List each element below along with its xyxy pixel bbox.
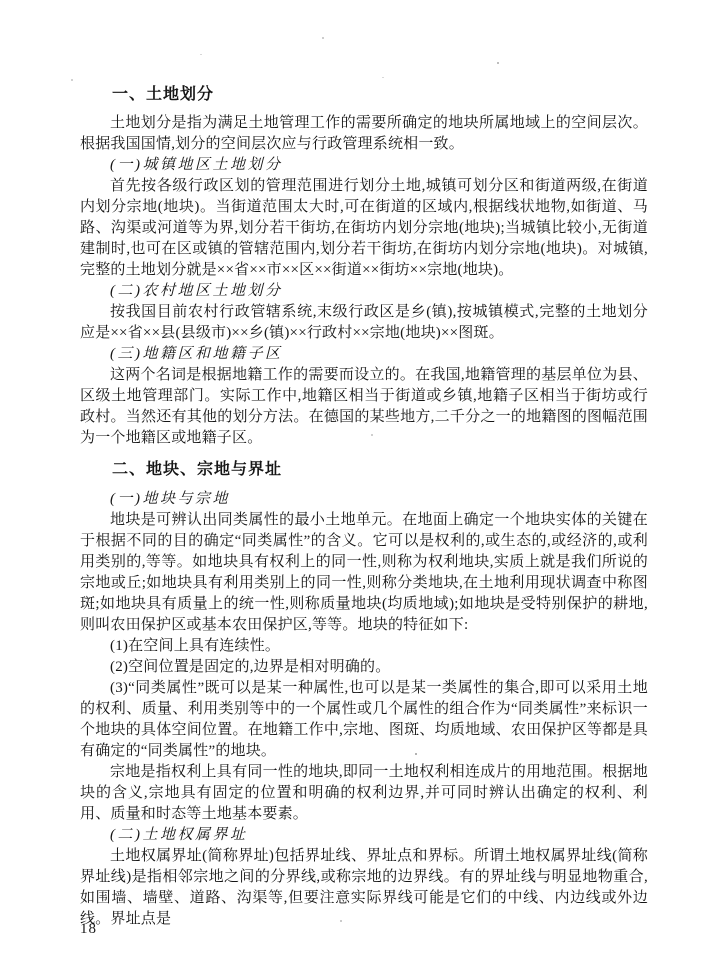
sub-heading-2-2: (二)土地权属界址 — [80, 825, 648, 846]
paragraph: 土地权属界址(简称界址)包括界址线、界址点和界标。所谓土地权属界址线(简称界址线… — [80, 846, 648, 930]
scan-speck — [382, 77, 384, 78]
paragraph: 宗地是指权利上具有同一性的地块,即同一土地权利相连成片的用地范围。根据地块的含义… — [80, 762, 648, 825]
list-item-2: (2)空间位置是固定的,边界是相对明确的。 — [80, 657, 648, 678]
scan-speck — [497, 62, 499, 64]
scan-speck — [200, 54, 202, 55]
section-heading-2: 二、地块、宗地与界址 — [80, 459, 648, 480]
list-item-3: (3)“同类属性”既可以是某一种属性,也可以是某一类属性的集合,即可以采用土地的… — [80, 678, 648, 762]
paragraph: 土地划分是指为满足土地管理工作的需要所确定的地块所属地域上的空间层次。根据我国国… — [80, 113, 648, 155]
scan-speck — [71, 79, 73, 81]
sub-heading-1-2: (二)农村地区土地划分 — [80, 281, 648, 302]
scanned-book-page: { "document": { "blocks": [ "一、土地划分", "土… — [0, 0, 710, 980]
paragraph: 这两个名词是根据地籍工作的需要而设立的。在我国,地籍管理的基层单位为县、区级土地… — [80, 365, 648, 449]
sub-heading-1-3: (三)地籍区和地籍子区 — [80, 344, 648, 365]
scan-speck — [322, 37, 324, 39]
page-number: 18 — [80, 921, 97, 938]
paragraph: 地块是可辨认出同类属性的最小土地单元。在地面上确定一个地块实体的关键在于根据不同… — [80, 510, 648, 636]
section-heading-1: 一、土地划分 — [80, 84, 648, 105]
page-content: 一、土地划分 土地划分是指为满足土地管理工作的需要所确定的地块所属地域上的空间层… — [80, 84, 648, 930]
sub-heading-1-1: (一)城镇地区土地划分 — [80, 155, 648, 176]
paragraph: 首先按各级行政区划的管理范围进行划分土地,城镇可划分区和街道两级,在街道内划分宗… — [80, 176, 648, 281]
sub-heading-2-1: (一)地块与宗地 — [80, 489, 648, 510]
list-item-1: (1)在空间上具有连续性。 — [80, 636, 648, 657]
paragraph: 按我国目前农村行政管辖系统,末级行政区是乡(镇),按城镇模式,完整的土地划分应是… — [80, 302, 648, 344]
